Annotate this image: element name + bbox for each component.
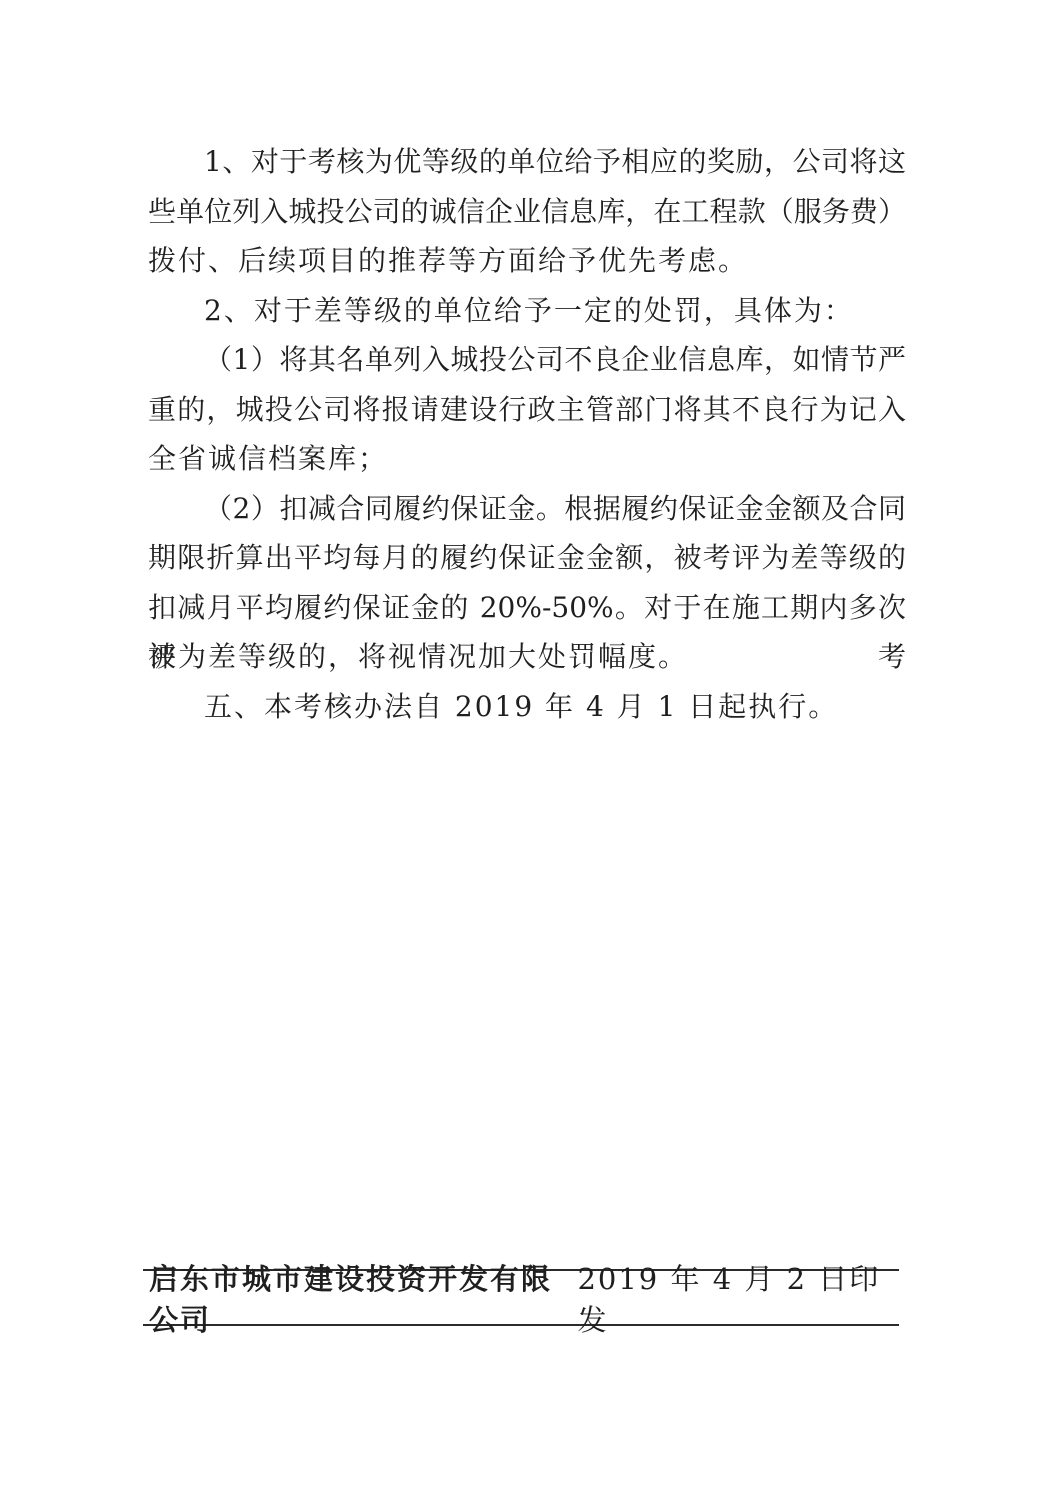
document-line: 全省诚信档案库； xyxy=(148,434,906,484)
document-line: 扣减月平均履约保证金的 20%-50%。对于在施工期内多次被考 xyxy=(148,583,906,633)
document-line: （1）将其名单列入城投公司不良企业信息库，如情节严 xyxy=(148,335,906,385)
footer-colophon: 启东市城市建设投资开发有限公司 2019 年 4 月 2 日印发 xyxy=(143,1269,899,1326)
document-line: 重的，城投公司将报请建设行政主管部门将其不良行为记入 xyxy=(148,385,906,435)
document-body: 1、对于考核为优等级的单位给予相应的奖励，公司将这 些单位列入城投公司的诚信企业… xyxy=(148,137,906,731)
print-date: 2019 年 4 月 2 日印发 xyxy=(577,1257,885,1339)
issuer-name: 启东市城市建设投资开发有限公司 xyxy=(149,1257,577,1339)
document-line: 拨付、后续项目的推荐等方面给予优先考虑。 xyxy=(148,236,906,286)
document-line: 期限折算出平均每月的履约保证金金额，被考评为差等级的 xyxy=(148,533,906,583)
document-line: 1、对于考核为优等级的单位给予相应的奖励，公司将这 xyxy=(148,137,906,187)
document-line: （2）扣减合同履约保证金。根据履约保证金金额及合同 xyxy=(148,484,906,534)
document-page: 1、对于考核为优等级的单位给予相应的奖励，公司将这 些单位列入城投公司的诚信企业… xyxy=(0,0,1061,1500)
document-line: 些单位列入城投公司的诚信企业信息库，在工程款（服务费） xyxy=(148,187,906,237)
document-line: 五、本考核办法自 2019 年 4 月 1 日起执行。 xyxy=(148,682,906,732)
document-line: 2、对于差等级的单位给予一定的处罚，具体为： xyxy=(148,286,906,336)
